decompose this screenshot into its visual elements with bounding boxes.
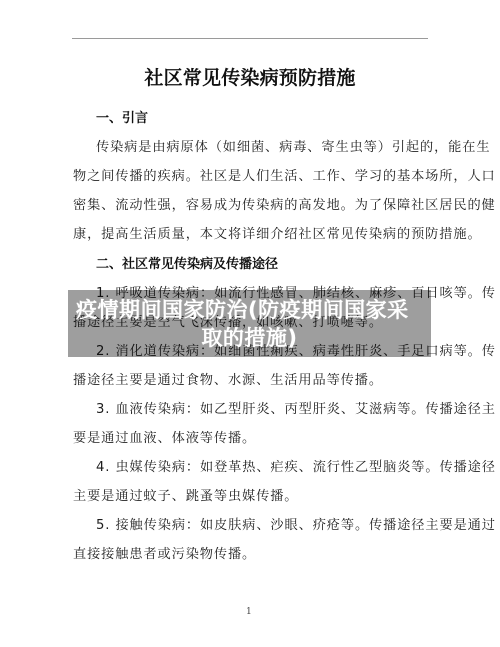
section-heading-introduction: 一、引言	[96, 110, 148, 128]
list-item-line: 5. 接触传染病：如皮肤病、沙眼、疥疮等。传播途径主要是通过	[96, 517, 427, 535]
header-rule	[72, 38, 428, 39]
list-item-line: 4. 虫媒传染病：如登革热、疟疾、流行性乙型脑炎等。传播途径	[96, 459, 427, 477]
list-item-line: 播途径主要是通过食物、水源、生活用品等传播。	[73, 372, 427, 390]
list-item-line: 主要是通过蚊子、跳蚤等虫媒传播。	[73, 488, 427, 506]
overlay-title-banner: 疫情期间国家防治(防疫期间国家采 取的措施)	[68, 290, 431, 357]
paragraph-line: 密集、流动性强，容易成为传染病的高发地。为了保障社区居民的健	[73, 197, 427, 215]
banner-title-line-1: 疫情期间国家防治(防疫期间国家采	[76, 298, 439, 322]
list-item-line: 要是通过血液、体液等传播。	[73, 430, 427, 448]
document-title: 社区常见传染病预防措施	[0, 66, 500, 90]
section-heading-diseases: 二、社区常见传染病及传播途径	[96, 256, 278, 274]
paragraph-line: 传染病是由病原体（如细菌、病毒、寄生虫等）引起的，能在生	[96, 139, 427, 157]
paragraph-line: 康，提高生活质量，本文将详细介绍社区常见传染病的预防措施。	[73, 226, 427, 244]
list-item-line: 直接接触患者或污染物传播。	[73, 546, 427, 564]
page-number: 1	[246, 606, 252, 618]
paragraph-line: 物之间传播的疾病。社区是人们生活、工作、学习的基本场所，人口	[73, 168, 427, 186]
list-item-line: 3. 血液传染病：如乙型肝炎、丙型肝炎、艾滋病等。传播途径主	[96, 401, 427, 419]
banner-title-line-2: 取的措施)	[68, 326, 431, 350]
